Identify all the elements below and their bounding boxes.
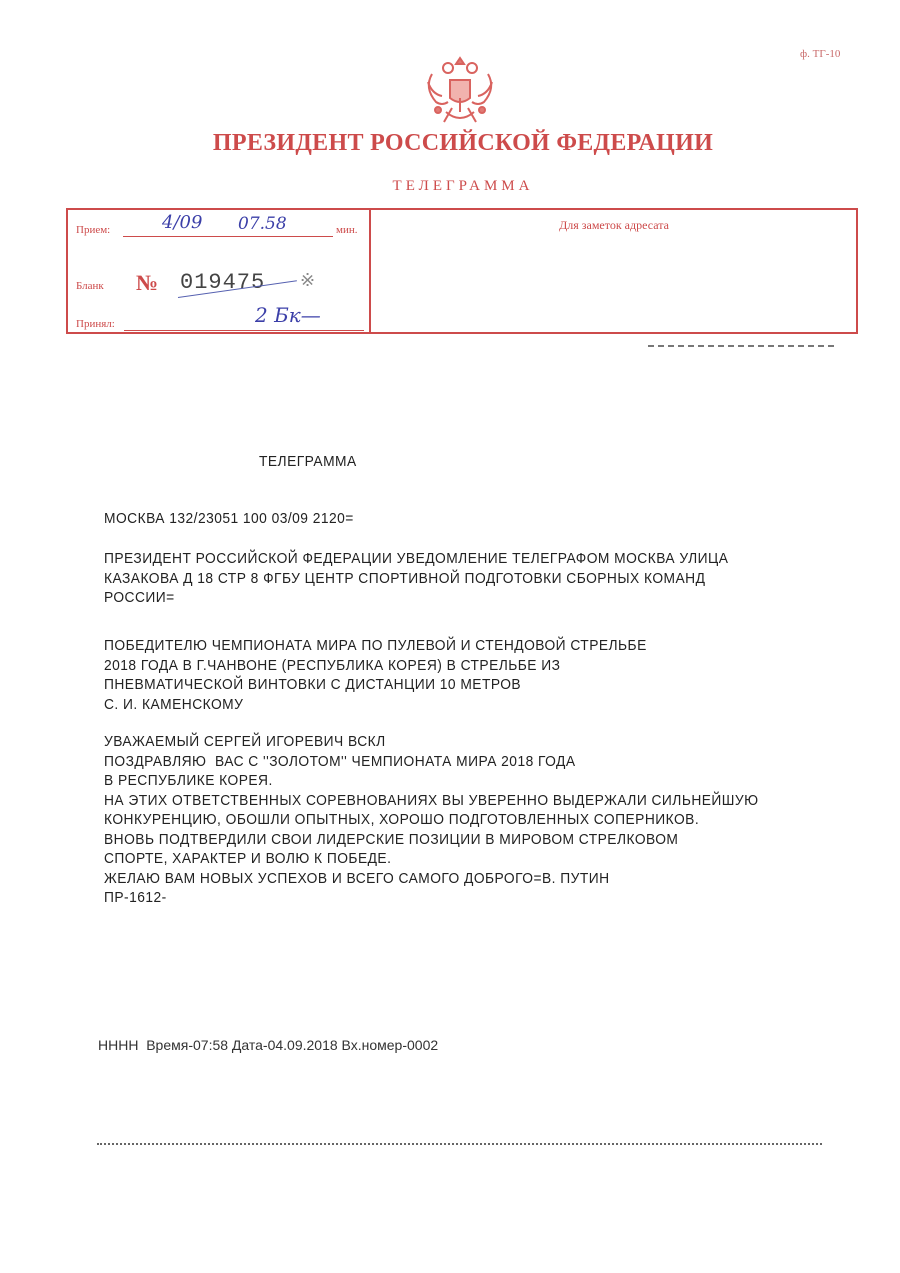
accepted-underline — [124, 330, 364, 331]
address-line: РОССИИ= — [104, 588, 728, 608]
dashed-separator-top — [648, 345, 834, 347]
document-subtitle: ТЕЛЕГРАММА — [0, 178, 900, 195]
recipient-line: ПОБЕДИТЕЛЮ ЧЕМПИОНАТА МИРА ПО ПУЛЕВОЙ И … — [104, 636, 647, 656]
reception-unit-label: мин. — [336, 224, 357, 236]
address-line: ПРЕЗИДЕНТ РОССИЙСКОЙ ФЕДЕРАЦИИ УВЕДОМЛЕН… — [104, 549, 728, 569]
asterisk-mark-icon: ※ — [300, 270, 315, 291]
telegram-footer: НННН Время-07:58 Дата-04.09.2018 Вх.номе… — [98, 1037, 438, 1053]
recipient-line: С. И. КАМЕНСКОМУ — [104, 695, 647, 715]
coat-of-arms-icon — [418, 52, 502, 130]
addressee-notes-label: Для заметок адресата — [370, 218, 858, 233]
body-line: СПОРТЕ, ХАРАКТЕР И ВОЛЮ К ПОБЕДЕ. — [104, 849, 759, 869]
reception-handwritten-time: 07.58 — [238, 214, 287, 234]
reception-handwritten-date: 4/09 — [162, 212, 202, 233]
accepted-signature: 2 Бк— — [255, 303, 321, 327]
telegram-route: МОСКВА 132/23051 100 03/09 2120= — [104, 510, 354, 527]
reception-label: Прием: — [76, 224, 110, 236]
reception-underline — [123, 236, 333, 237]
number-sign: № — [136, 270, 158, 296]
body-line: УВАЖАЕМЫЙ СЕРГЕЙ ИГОРЕВИЧ ВСКЛ — [104, 732, 759, 752]
telegram-address-block: ПРЕЗИДЕНТ РОССИЙСКОЙ ФЕДЕРАЦИИ УВЕДОМЛЕН… — [104, 549, 783, 608]
document-title: ПРЕЗИДЕНТ РОССИЙСКОЙ ФЕДЕРАЦИИ — [0, 130, 900, 157]
body-line: ПОЗДРАВЛЯЮ ВАС С ''ЗОЛОТОМ'' ЧЕМПИОНАТА … — [104, 752, 759, 772]
dotted-separator-bottom — [97, 1143, 822, 1145]
accepted-label: Принял: — [76, 318, 115, 330]
body-line: ЖЕЛАЮ ВАМ НОВЫХ УСПЕХОВ И ВСЕГО САМОГО Д… — [104, 869, 759, 889]
address-line: КАЗАКОВА Д 18 СТР 8 ФГБУ ЦЕНТР СПОРТИВНО… — [104, 569, 728, 589]
recipient-line: 2018 ГОДА В Г.ЧАНВОНЕ (РЕСПУБЛИКА КОРЕЯ)… — [104, 656, 647, 676]
form-code: ф. ТГ-10 — [800, 48, 840, 60]
telegram-recipient-block: ПОБЕДИТЕЛЮ ЧЕМПИОНАТА МИРА ПО ПУЛЕВОЙ И … — [104, 636, 694, 714]
recipient-line: ПНЕВМАТИЧЕСКОЙ ВИНТОВКИ С ДИСТАНЦИИ 10 М… — [104, 675, 647, 695]
telegram-title: ТЕЛЕГРАММА — [259, 453, 357, 470]
body-line: НА ЭТИХ ОТВЕТСТВЕННЫХ СОРЕВНОВАНИЯХ ВЫ У… — [104, 791, 759, 811]
body-line: КОНКУРЕНЦИЮ, ОБОШЛИ ОПЫТНЫХ, ХОРОШО ПОДГ… — [104, 810, 759, 830]
body-line: ВНОВЬ ПОДТВЕРДИЛИ СВОИ ЛИДЕРСКИЕ ПОЗИЦИИ… — [104, 830, 759, 850]
body-line: В РЕСПУБЛИКЕ КОРЕЯ. — [104, 771, 759, 791]
blank-label: Бланк — [76, 280, 104, 292]
telegram-body-block: УВАЖАЕМЫЙ СЕРГЕЙ ИГОРЕВИЧ ВСКЛ ПОЗДРАВЛЯ… — [104, 732, 815, 908]
body-line: ПР-1612- — [104, 888, 759, 908]
